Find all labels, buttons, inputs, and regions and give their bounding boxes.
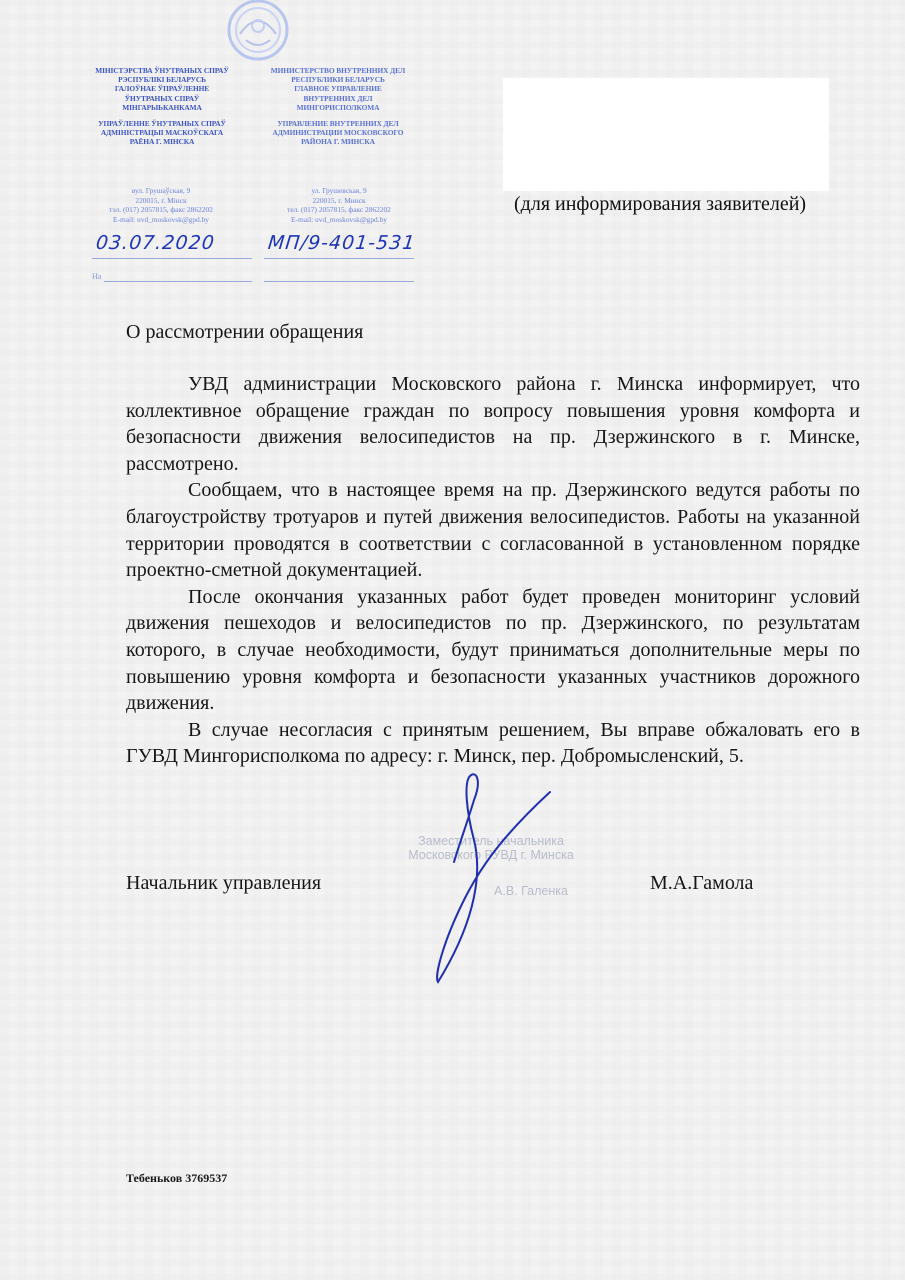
address-line: E-mail: uvd_moskovsk@gpd.by xyxy=(254,215,424,225)
address-line: 220015, г. Минск xyxy=(254,196,424,206)
letter-page: МІНІСТЭРСТВА ЎНУТРАНЫХ СПРАЎ РЭСПУБЛІКІ … xyxy=(0,0,905,1280)
paragraph: УВД администрации Московского района г. … xyxy=(126,371,860,477)
reference-underline-left xyxy=(104,281,252,282)
sub-line: РАЁНА Г. МІНСКА xyxy=(82,137,242,146)
handwritten-date: 03.07.2020 xyxy=(95,232,216,254)
address-line: 220015, г. Мінск xyxy=(76,196,246,206)
sub-line: АДМИНИСТРАЦИИ МОСКОВСКОГО xyxy=(258,128,418,137)
paragraph: Сообщаем, что в настоящее время на пр. Д… xyxy=(126,477,860,583)
date-underline xyxy=(92,258,252,259)
reference-label: На xyxy=(92,272,101,281)
redacted-addressee xyxy=(503,78,829,191)
sub-line: РАЙОНА Г. МИНСКА xyxy=(258,137,418,146)
letterhead-right: МИНИСТЕРСТВО ВНУТРЕННИХ ДЕЛ РЕСПУБЛИКИ Б… xyxy=(258,66,418,147)
state-emblem-icon xyxy=(222,0,294,62)
letter-subject: О рассмотрении обращения xyxy=(126,319,363,345)
org-line: ЎНУТРАНЫХ СПРАЎ xyxy=(82,94,242,103)
letterhead-left: МІНІСТЭРСТВА ЎНУТРАНЫХ СПРАЎ РЭСПУБЛІКІ … xyxy=(82,66,242,147)
org-line: МІНІСТЭРСТВА ЎНУТРАНЫХ СПРАЎ xyxy=(82,66,242,75)
handwritten-signature-icon xyxy=(430,770,590,990)
sub-line: УПРАВЛЕНИЕ ВНУТРЕННИХ ДЕЛ xyxy=(258,119,418,128)
address-line: тэл. (017) 2057815, факс 2862202 xyxy=(76,205,246,215)
paragraph: В случае несогласия с принятым решением,… xyxy=(126,717,860,770)
address-line: ул. Грушевская, 9 xyxy=(254,186,424,196)
address-line: тел. (017) 2057815, факс 2862202 xyxy=(254,205,424,215)
reference-underline-right xyxy=(264,281,414,282)
address-line: E-mail: uvd_moskovsk@gpd.by xyxy=(76,215,246,225)
sub-line: АДМІНІСТРАЦЫІ МАСКОЎСКАГА xyxy=(82,128,242,137)
address-line: вул. Грушаўская, 9 xyxy=(76,186,246,196)
org-line: МИНИСТЕРСТВО ВНУТРЕННИХ ДЕЛ xyxy=(258,66,418,75)
handwritten-reg-number: МП/9-401-531 xyxy=(267,232,417,254)
org-line: РЕСПУБЛИКИ БЕЛАРУСЬ xyxy=(258,75,418,84)
executor-contact: Тебеньков 3769537 xyxy=(126,1171,227,1186)
address-block-left: вул. Грушаўская, 9 220015, г. Мінск тэл.… xyxy=(76,186,246,224)
signatory-name: М.А.Гамола xyxy=(650,870,753,896)
letter-body: УВД администрации Московского района г. … xyxy=(126,371,860,770)
number-underline xyxy=(264,258,414,259)
org-line: МИНГОРИСПОЛКОМА xyxy=(258,103,418,112)
org-line: ВНУТРЕННИХ ДЕЛ xyxy=(258,94,418,103)
addressee-note: (для информирования заявителей) xyxy=(514,191,806,217)
org-line: МІНГАРЫЬКАНКАМА xyxy=(82,103,242,112)
org-line: ГЛАВНОЕ УПРАВЛЕНИЕ xyxy=(258,84,418,93)
org-line: ГАЛОЎНАЕ ЎПРАЎЛЕННЕ xyxy=(82,84,242,93)
address-block-right: ул. Грушевская, 9 220015, г. Минск тел. … xyxy=(254,186,424,224)
signatory-title: Начальник управления xyxy=(126,870,321,896)
sub-line: УПРАЎЛЕННЕ ЎНУТРАНЫХ СПРАЎ xyxy=(82,119,242,128)
paragraph: После окончания указанных работ будет пр… xyxy=(126,584,860,717)
